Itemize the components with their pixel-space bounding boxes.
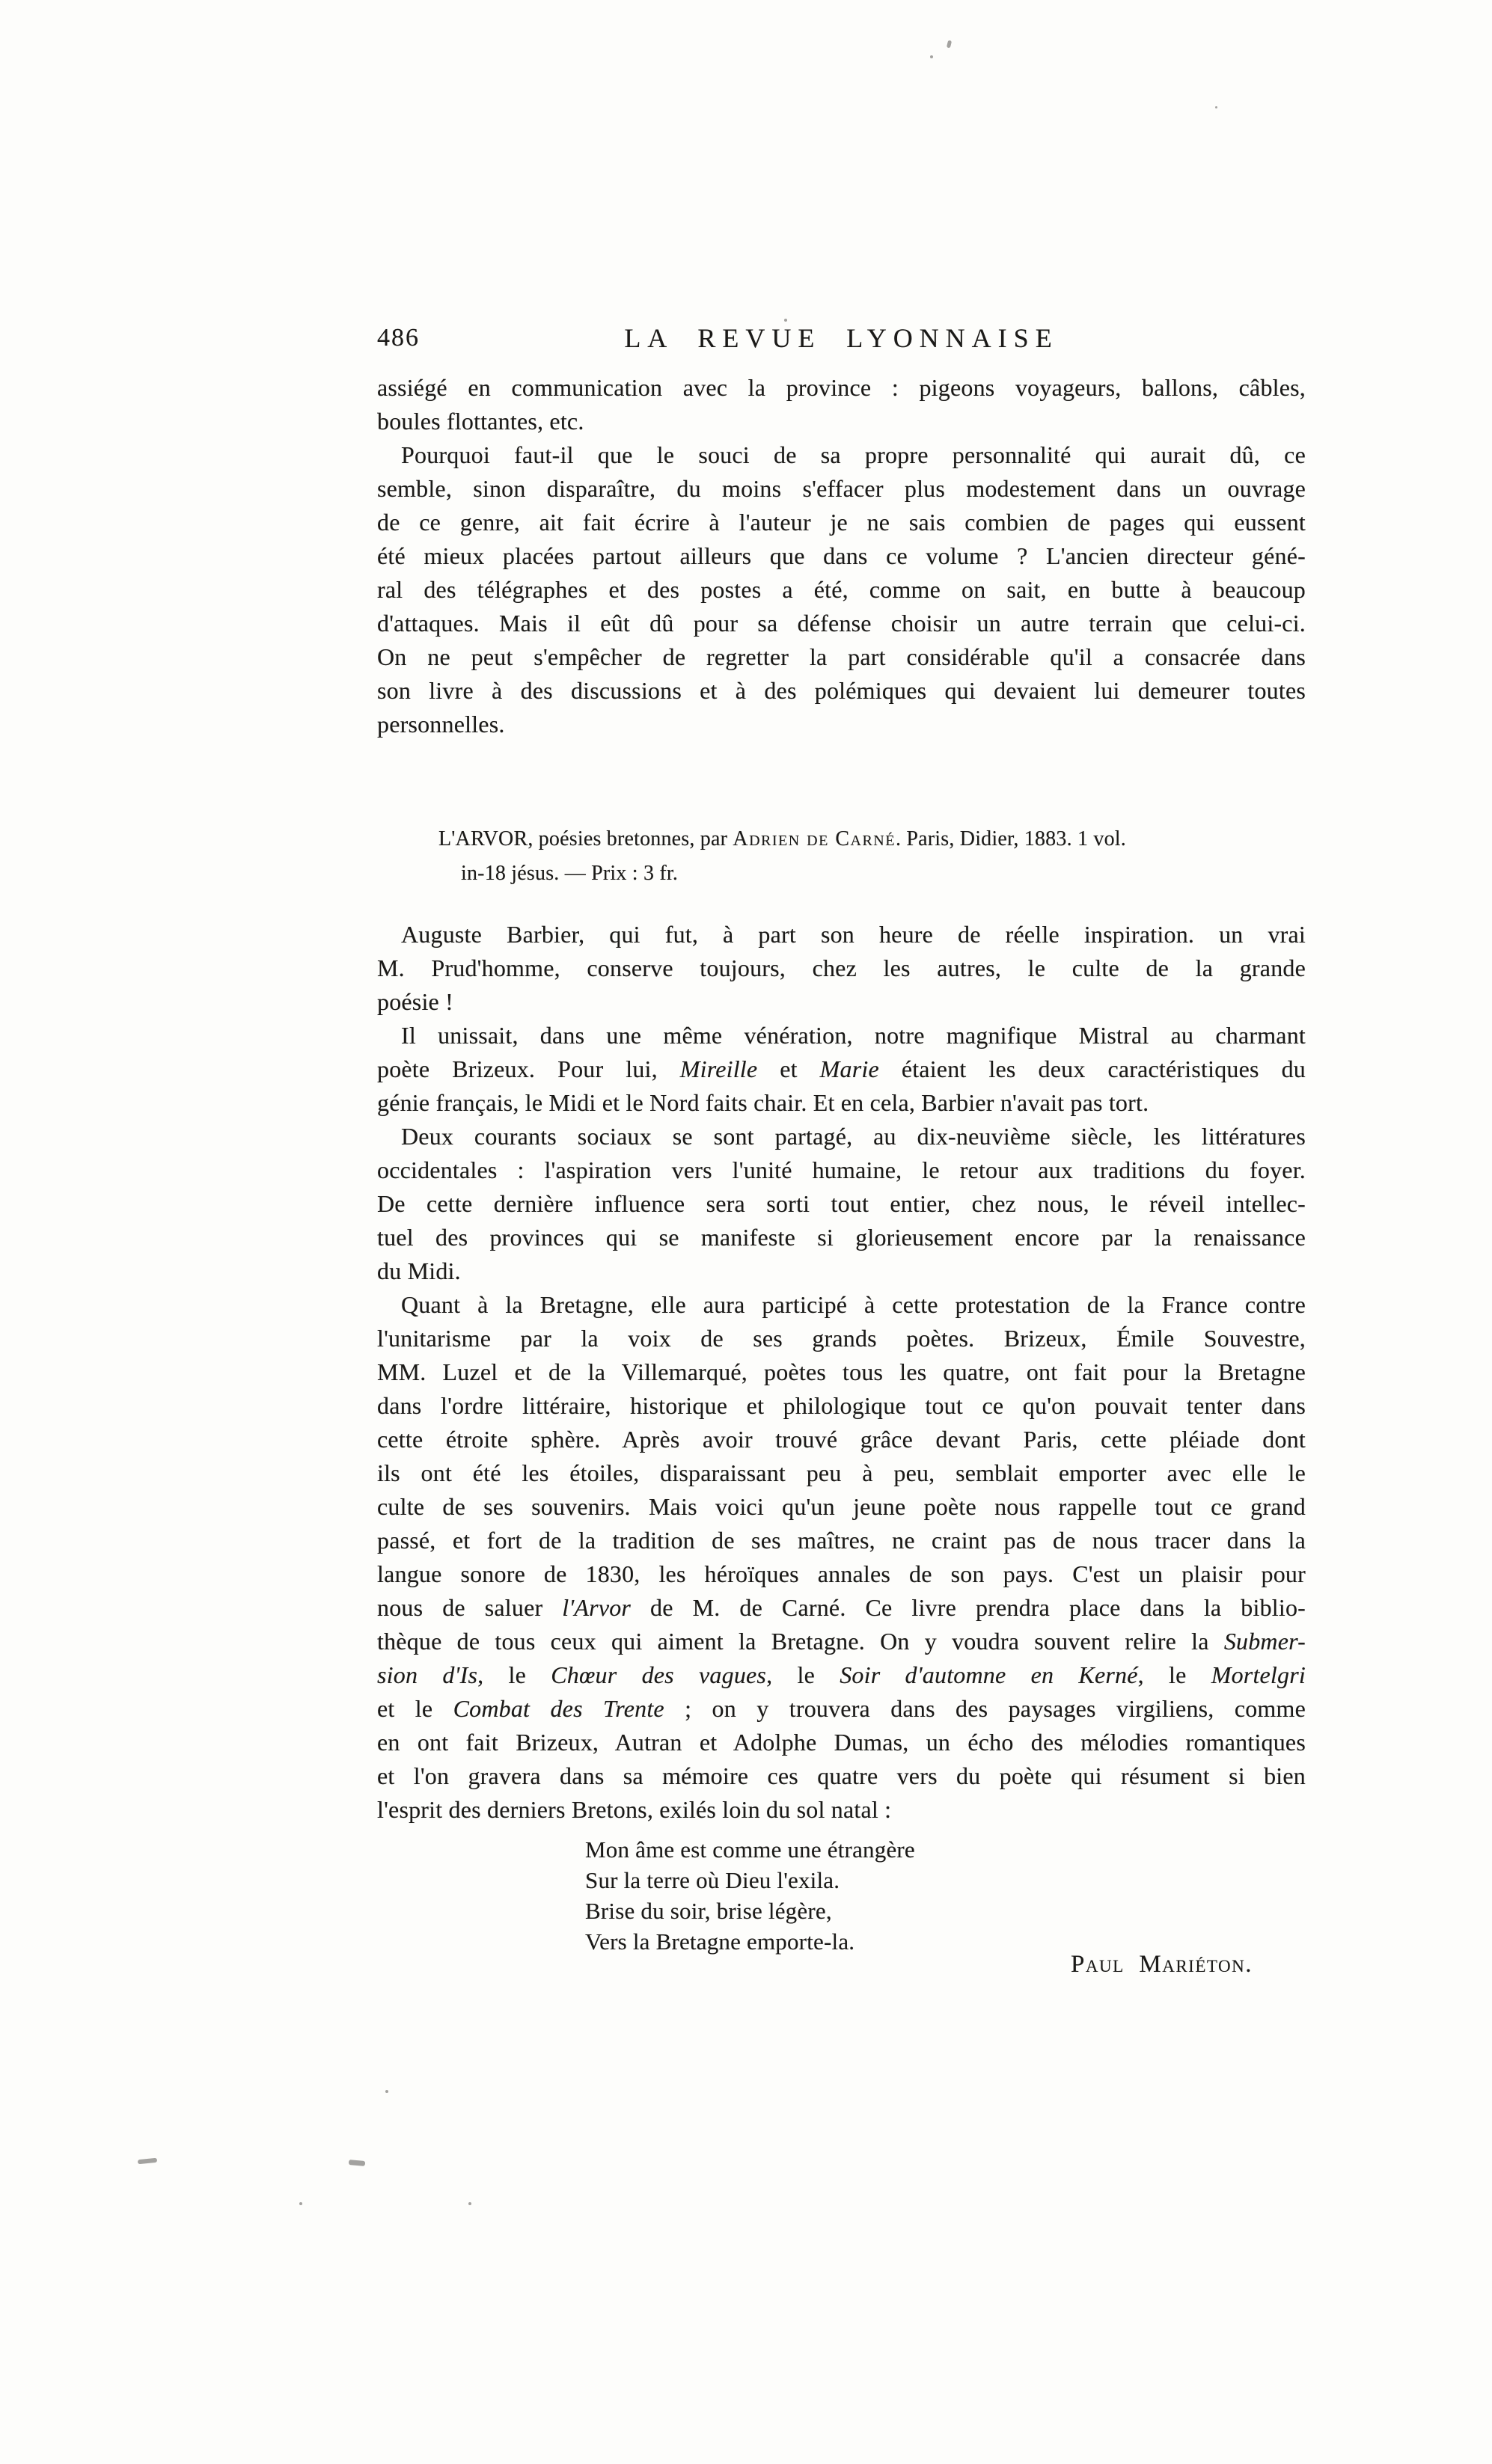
scan-artifact xyxy=(947,40,952,49)
scan-artifact xyxy=(138,2158,157,2165)
scan-artifact xyxy=(299,2202,302,2205)
text-line: dans l'ordre littéraire, historique et p… xyxy=(377,1389,1306,1423)
scan-artifact xyxy=(349,2160,366,2166)
scan-artifact xyxy=(468,2202,471,2205)
scan-artifact xyxy=(930,55,933,58)
text-line: et l'on gravera dans sa mémoire ces quat… xyxy=(377,1759,1306,1793)
page: 486 LA REVUE LYONNAISE assiégé en commun… xyxy=(0,0,1492,2464)
text-line: ils ont été les étoiles, disparaissant p… xyxy=(377,1456,1306,1490)
paragraph: Deux courants sociaux se sont partagé, a… xyxy=(377,1120,1306,1288)
text-line: tuel des provinces qui se manifeste si g… xyxy=(377,1221,1306,1254)
page-number: 486 xyxy=(377,323,420,353)
text-line: en ont fait Brizeux, Autran et Adolphe D… xyxy=(377,1726,1306,1759)
text-line: génie français, le Midi et le Nord faits… xyxy=(377,1086,1306,1120)
text-line: Quant à la Bretagne, elle aura participé… xyxy=(377,1288,1306,1322)
text-line: et le Combat des Trente ; on y trouvera … xyxy=(377,1692,1306,1726)
text-line: du Midi. xyxy=(377,1254,1306,1288)
text-line: M. Prud'homme, conserve toujours, chez l… xyxy=(377,951,1306,985)
book-citation: L'ARVOR, poésies bretonnes, par Adrien d… xyxy=(377,822,1306,891)
text-column: 486 LA REVUE LYONNAISE assiégé en commun… xyxy=(377,323,1306,1979)
text-line: l'esprit des derniers Bretons, exilés lo… xyxy=(377,1793,1306,1827)
text-line: thèque de tous ceux qui aiment la Bretag… xyxy=(377,1625,1306,1658)
article-body: assiégé en communication avec la provinc… xyxy=(377,371,1306,1979)
text-line: De cette dernière influence sera sorti t… xyxy=(377,1187,1306,1221)
text-line: Deux courants sociaux se sont partagé, a… xyxy=(377,1120,1306,1153)
journal-title: LA REVUE LYONNAISE xyxy=(377,323,1306,353)
text-line: in-18 jésus. — Prix : 3 fr. xyxy=(377,856,1306,891)
text-line: de ce genre, ait fait écrire à l'auteur … xyxy=(377,506,1306,539)
text-line: poésie ! xyxy=(377,985,1306,1019)
text-line: passé, et fort de la tradition de ses ma… xyxy=(377,1524,1306,1557)
text-line: L'ARVOR, poésies bretonnes, par Adrien d… xyxy=(377,822,1306,856)
paragraph: Auguste Barbier, qui fut, à part son heu… xyxy=(377,918,1306,1019)
text-line: assiégé en communication avec la provinc… xyxy=(377,371,1306,405)
paragraph: Pourquoi faut-il que le souci de sa prop… xyxy=(377,438,1306,741)
text-line: été mieux placées partout ailleurs que d… xyxy=(377,539,1306,573)
scan-artifact xyxy=(784,319,787,322)
scan-artifact xyxy=(1215,106,1217,108)
text-line: son livre à des discussions et à des pol… xyxy=(377,674,1306,708)
paragraph: Quant à la Bretagne, elle aura participé… xyxy=(377,1288,1306,1827)
text-line: MM. Luzel et de la Villemarqué, poètes t… xyxy=(377,1355,1306,1389)
text-line: culte de ses souvenirs. Mais voici qu'un… xyxy=(377,1490,1306,1524)
text-line: nous de saluer l'Arvor de M. de Carné. C… xyxy=(377,1591,1306,1625)
text-line: l'unitarisme par la voix de ses grands p… xyxy=(377,1322,1306,1355)
text-line: semble, sinon disparaître, du moins s'ef… xyxy=(377,472,1306,506)
text-line: boules flottantes, etc. xyxy=(377,405,1306,438)
text-line: d'attaques. Mais il eût dû pour sa défen… xyxy=(377,607,1306,640)
text-line: ral des télégraphes et des postes a été,… xyxy=(377,573,1306,607)
page-header: 486 LA REVUE LYONNAISE xyxy=(377,323,1306,353)
text-line: occidentales : l'aspiration vers l'unité… xyxy=(377,1153,1306,1187)
text-line: Brise du soir, brise légère, xyxy=(377,1895,1306,1926)
text-line: Sur la terre où Dieu l'exila. xyxy=(377,1865,1306,1895)
scan-artifact xyxy=(385,2090,388,2093)
text-line: Mon âme est comme une étrangère xyxy=(377,1834,1306,1865)
text-line: On ne peut s'empêcher de regretter la pa… xyxy=(377,640,1306,674)
text-line: langue sonore de 1830, les héroïques ann… xyxy=(377,1557,1306,1591)
text-line: sion d'Is, le Chœur des vagues, le Soir … xyxy=(377,1658,1306,1692)
text-line: cette étroite sphère. Après avoir trouvé… xyxy=(377,1423,1306,1456)
text-line: personnelles. xyxy=(377,708,1306,741)
poem: Mon âme est comme une étrangèreSur la te… xyxy=(377,1834,1306,1957)
text-line: Pourquoi faut-il que le souci de sa prop… xyxy=(377,438,1306,472)
paragraph: assiégé en communication avec la provinc… xyxy=(377,371,1306,438)
paragraph: Il unissait, dans une même vénération, n… xyxy=(377,1019,1306,1120)
text-line: Il unissait, dans une même vénération, n… xyxy=(377,1019,1306,1052)
text-line: poète Brizeux. Pour lui, Mireille et Mar… xyxy=(377,1052,1306,1086)
text-line: Auguste Barbier, qui fut, à part son heu… xyxy=(377,918,1306,951)
